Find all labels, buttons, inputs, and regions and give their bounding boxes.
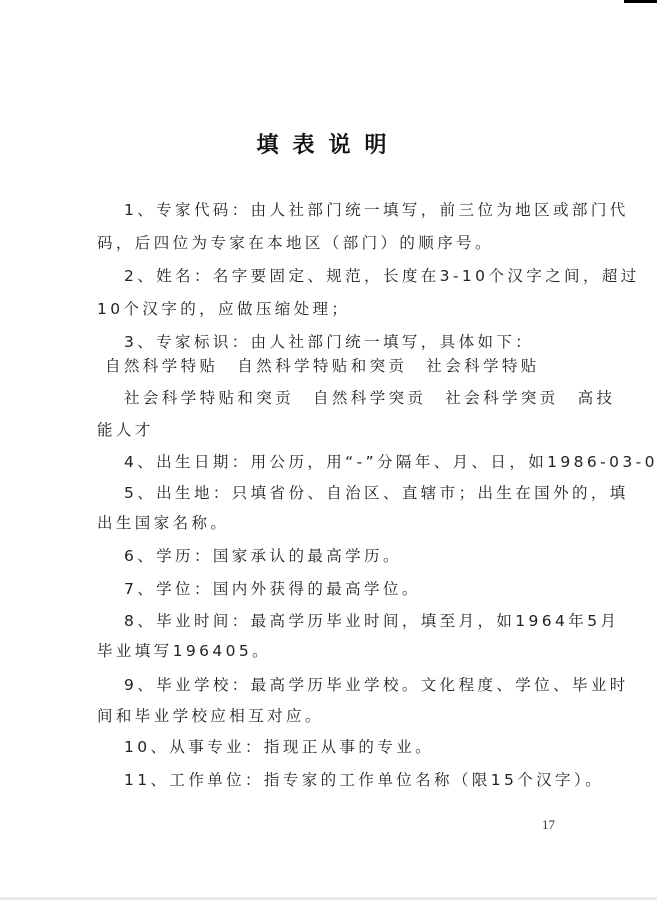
item-3-line-3: 社会科学特贴和突贡 自然科学突贡 社会科学突贡 高技 <box>124 388 614 408</box>
item-2-line-2: 10个汉字的，应做压缩处理； <box>97 299 587 319</box>
item-7-line-1: 7、学位：国内外获得的最高学位。 <box>124 579 614 599</box>
scan-edge-mark <box>624 0 657 3</box>
item-1-line-1: 1、专家代码：由人社部门统一填写，前三位为地区或部门代 <box>124 200 614 220</box>
item-1-line-2: 码，后四位为专家在本地区（部门）的顺序号。 <box>97 233 587 253</box>
item-9-line-1: 9、毕业学校：最高学历毕业学校。文化程度、学位、毕业时 <box>124 675 614 695</box>
item-10-line-1: 10、从事专业：指现正从事的专业。 <box>124 737 614 757</box>
page-title: 填表说明 <box>0 128 657 159</box>
item-5-line-2: 出生国家名称。 <box>97 513 587 533</box>
page-number: 17 <box>542 817 555 833</box>
item-5-line-1: 5、出生地：只填省份、自治区、直辖市；出生在国外的，填 <box>124 483 614 503</box>
item-8-line-1: 8、毕业时间：最高学历毕业时间，填至月，如1964年5月 <box>124 611 614 631</box>
item-4-line-1: 4、出生日期：用公历，用“-”分隔年、月、日，如1986-03-01。 <box>124 452 614 472</box>
item-11-line-1: 11、工作单位：指专家的工作单位名称（限15个汉字）。 <box>124 770 614 790</box>
item-3-line-2: 自然科学特贴 自然科学特贴和突贡 社会科学特贴 <box>105 356 595 376</box>
item-8-line-2: 毕业填写196405。 <box>97 641 587 661</box>
item-2-line-1: 2、姓名：名字要固定、规范，长度在3-10个汉字之间，超过 <box>124 266 614 286</box>
item-3-line-1: 3、专家标识：由人社部门统一填写，具体如下： <box>124 332 614 352</box>
item-6-line-1: 6、学历：国家承认的最高学历。 <box>124 546 614 566</box>
item-3-line-4: 能人才 <box>97 420 587 440</box>
item-9-line-2: 间和毕业学校应相互对应。 <box>97 706 587 726</box>
